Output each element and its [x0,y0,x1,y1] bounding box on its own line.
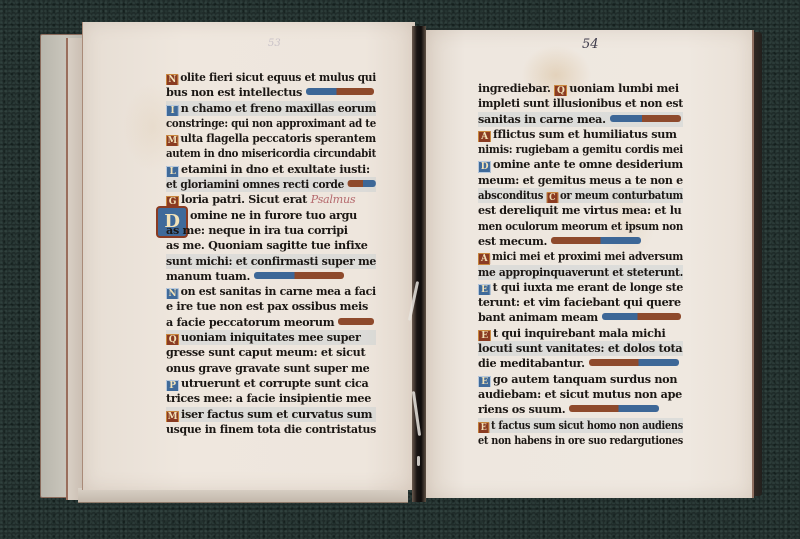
text-line: Domine ante te omne desiderium [478,157,683,172]
line-content: Nolite fieri sicut equus et mulus qui [166,70,376,85]
line-text: bant animam meam [478,310,598,324]
folio-number-right: 54 [582,37,599,52]
line-text: absconditus [478,188,543,202]
line-text: e ire tue non est pax ossibus meis [166,299,368,313]
line-content: Gloria patri. Sicut erat Psalmus [166,192,355,207]
line-content: sanitas in carne mea. [478,112,681,127]
decorated-initial: Q [166,334,179,345]
rubric-text: Psalmus [311,193,356,206]
decorated-initial: Q [554,85,567,96]
line-content: impleti sunt illusionibus et non est [478,96,683,111]
text-line: Non est sanitas in carne mea a faci [166,284,376,299]
line-text: t factus sum sicut homo non audiens [491,418,683,432]
text-line: Et qui iuxta me erant de longe ste [478,280,683,295]
line-content: sunt michi: et confirmasti super me [166,254,376,269]
left-text-block: Nolite fieri sicut equus et mulus quibus… [166,70,376,437]
decorated-initial: E [478,284,491,295]
decorated-initial: E [478,422,489,433]
line-text: omine ante te omne desiderium [493,157,683,171]
text-line: Et qui inquirebant mala michi [478,326,683,341]
line-filler-bar [338,318,374,325]
decorated-initial: E [478,330,491,341]
text-line: Quoniam iniquitates mee super [166,330,376,345]
line-text: meum: et gemitus meus a te non e [478,173,683,187]
text-line: manum tuam. [166,269,376,284]
line-content: bus non est intellectus [166,85,374,100]
line-text: terunt: et vim faciebant qui quere [478,295,681,309]
text-line: Miser factus sum et curvatus sum [166,407,376,422]
line-text: uoniam iniquitates mee super [181,330,361,344]
line-text: gresse sunt caput meum: et sicut [166,345,365,359]
text-line: usque in finem tota die contristatus [166,422,376,437]
text-line: gresse sunt caput meum: et sicut [166,345,376,360]
line-content: Et qui iuxta me erant de longe ste [478,280,683,295]
line-content: manum tuam. [166,269,344,284]
line-text: utruerunt et corrupte sunt cica [181,376,369,390]
line-content: Et qui inquirebant mala michi [478,326,665,341]
bottom-leaf-edges [78,488,408,503]
line-filler-bar [348,180,376,187]
text-line: men oculorum meorum et ipsum non [478,219,683,234]
line-text: est dereliquit me virtus mea: et lu [478,203,681,217]
line-text: iser factus sum et curvatus sum [181,407,372,421]
line-text: audiebam: et sicut mutus non ape [478,387,682,401]
decorated-initial: G [166,196,179,207]
decorated-initial: E [478,376,491,387]
text-line: Multa flagella peccatoris sperantem [166,131,376,146]
text-line: terunt: et vim faciebant qui quere [478,295,683,310]
decorated-initial: A [478,253,490,264]
line-content: Miser factus sum et curvatus sum [166,407,372,422]
text-line: impleti sunt illusionibus et non est [478,96,683,111]
text-line: Afflictus sum et humiliatus sum [478,127,683,142]
line-text: olite fieri sicut equus et mulus qui [180,70,376,84]
line-content: onus grave gravate sunt super me [166,361,369,376]
decorated-initial: P [166,380,179,391]
line-content: et non habens in ore suo redargutiones [478,433,683,448]
line-content: Ego autem tanquam surdus non [478,372,677,387]
decorated-initial: I [166,105,179,116]
line-text: onus grave gravate sunt super me [166,361,369,375]
line-content: autem in dno misericordia circundabit [166,146,376,161]
text-line: Letamini in dno et exultate iusti: [166,162,376,177]
line-text: uoniam lumbi mei [569,81,679,95]
line-text: or meum conturbatum [560,188,683,202]
text-line: Ego autem tanquam surdus non [478,372,683,387]
decorated-initial: N [166,74,178,85]
text-line: Nolite fieri sicut equus et mulus qui [166,70,376,85]
line-filler-bar [589,359,679,366]
line-content: In chamo et freno maxillas eorum [166,101,376,116]
text-line: Putruerunt et corrupte sunt cica [166,376,376,391]
line-content: absconditus Cor meum conturbatum [478,188,683,203]
line-text: impleti sunt illusionibus et non est [478,96,683,110]
line-text: a facie peccatorum meorum [166,315,334,329]
text-line: bant animam meam [478,310,683,325]
decorated-initial: C [546,192,558,203]
text-line: a facie peccatorum meorum [166,315,376,330]
line-text: loria patri. Sicut erat [181,192,307,206]
line-text: et gloriamini omnes recti corde [166,177,344,191]
line-content: terunt: et vim faciebant qui quere [478,295,681,310]
line-content: Non est sanitas in carne mea a faci [166,284,376,299]
text-line: et gloriamini omnes recti corde [166,177,376,192]
text-line: as me: neque in ira tua corripi [166,223,376,238]
manuscript-photo: 53 54 Nolite fieri sicut equus et mulus … [0,0,800,539]
line-text: ulta flagella peccatoris sperantem [180,131,376,145]
text-line: est mecum. [478,234,683,249]
decorated-initial: M [166,135,178,146]
line-content: bant animam meam [478,310,681,325]
line-filler-bar [254,272,344,279]
decorated-initial: N [166,288,179,299]
line-text: t qui inquirebant mala michi [493,326,665,340]
decorated-initial: M [166,411,179,422]
line-text: men oculorum meorum et ipsum non [478,219,683,233]
folio-number-left: 53 [268,38,281,49]
line-content: a facie peccatorum meorum [166,315,374,330]
line-text: go autem tanquam surdus non [493,372,677,386]
line-text: as me: neque in ira tua corripi [166,223,348,237]
decorated-initial: D [478,161,491,172]
line-text: trices mee: a facie insipientie mee [166,391,371,405]
line-text: est mecum. [478,234,547,248]
line-content: men oculorum meorum et ipsum non [478,219,683,234]
line-filler-bar [610,115,681,122]
text-line: trices mee: a facie insipientie mee [166,391,376,406]
text-line: as me. Quoniam sagitte tue infixe [166,238,376,253]
line-filler-bar [551,237,641,244]
line-content: gresse sunt caput meum: et sicut [166,345,365,360]
line-text: manum tuam. [166,269,250,283]
line-content: Domine ne in furore tuo argu [190,208,357,223]
line-content: nimis: rugiebam a gemitu cordis mei [478,142,683,157]
text-line: e ire tue non est pax ossibus meis [166,299,376,314]
line-text: die meditabantur. [478,356,585,370]
text-line: Gloria patri. Sicut erat Psalmus [166,192,376,207]
text-line: constringe: qui non approximant ad te [166,116,376,131]
line-content: as me. Quoniam sagitte tue infixe [166,238,368,253]
right-text-block: ingrediebar. Quoniam lumbi meiimpleti su… [478,81,683,448]
line-text: fflictus sum et humiliatus sum [493,127,677,141]
line-text: bus non est intellectus [166,85,302,99]
line-text: etamini in dno et exultate iusti: [181,162,370,176]
line-content: usque in finem tota die contristatus [166,422,376,437]
binding-thread [417,456,420,466]
line-content: Domine ante te omne desiderium [478,157,683,172]
line-text: sunt michi: et confirmasti super me [166,254,376,268]
text-line: riens os suum. [478,402,683,417]
line-content: ingrediebar. Quoniam lumbi mei [478,81,679,96]
line-text: omine ne in furore tuo argu [190,208,357,222]
line-content: Multa flagella peccatoris sperantem [166,131,376,146]
line-content: die meditabantur. [478,356,679,371]
line-content: Putruerunt et corrupte sunt cica [166,376,369,391]
text-line: die meditabantur. [478,356,683,371]
line-text: usque in finem tota die contristatus [166,422,376,436]
line-text: constringe: qui non approximant ad te [166,116,376,130]
line-content: meum: et gemitus meus a te non e [478,173,683,188]
text-line: meum: et gemitus meus a te non e [478,173,683,188]
line-content: locuti sunt vanitates: et dolos tota [478,341,682,356]
spine-gutter [412,26,426,502]
text-line: est dereliquit me virtus mea: et lu [478,203,683,218]
line-text: on est sanitas in carne mea a faci [181,284,376,298]
line-content: Amici mei et proximi mei adversum [478,249,683,264]
line-content: me appropinquaverunt et steterunt. [478,265,683,280]
text-line: sunt michi: et confirmasti super me [166,254,376,269]
line-content: constringe: qui non approximant ad te [166,116,376,131]
text-line: In chamo et freno maxillas eorum [166,101,376,116]
line-text: n chamo et freno maxillas eorum [181,101,376,115]
line-text: as me. Quoniam sagitte tue infixe [166,238,368,252]
text-line: absconditus Cor meum conturbatum [478,188,683,203]
line-content: e ire tue non est pax ossibus meis [166,299,368,314]
text-line: bus non est intellectus [166,85,376,100]
line-text: et non habens in ore suo redargutiones [478,433,683,447]
text-line: locuti sunt vanitates: et dolos tota [478,341,683,356]
decorated-initial: A [478,131,491,142]
text-line: ingrediebar. Quoniam lumbi mei [478,81,683,96]
text-line: onus grave gravate sunt super me [166,361,376,376]
line-content: et gloriamini omnes recti corde [166,177,376,192]
line-content: est mecum. [478,234,641,249]
text-line: Amici mei et proximi mei adversum [478,249,683,264]
line-content: trices mee: a facie insipientie mee [166,391,371,406]
line-content: Et factus sum sicut homo non audiens [478,418,683,433]
line-content: Afflictus sum et humiliatus sum [478,127,677,142]
text-line: Et factus sum sicut homo non audiens [478,418,683,433]
binding-thread [412,391,421,436]
text-line: nimis: rugiebam a gemitu cordis mei [478,142,683,157]
line-text: ingrediebar. [478,81,551,95]
line-filler-bar [602,313,681,320]
line-content: riens os suum. [478,402,659,417]
line-content: audiebam: et sicut mutus non ape [478,387,682,402]
line-text: mici mei et proximi mei adversum [492,249,683,263]
line-text: sanitas in carne mea. [478,112,606,126]
text-line: me appropinquaverunt et steterunt. [478,265,683,280]
line-text: riens os suum. [478,402,565,416]
line-text: nimis: rugiebam a gemitu cordis mei [478,142,683,156]
text-line: et non habens in ore suo redargutiones [478,433,683,448]
text-line: sanitas in carne mea. [478,112,683,127]
line-text: t qui iuxta me erant de longe ste [493,280,683,294]
decorated-initial: L [166,166,179,177]
line-content: as me: neque in ira tua corripi [166,223,348,238]
line-content: Quoniam iniquitates mee super [166,330,361,345]
text-line: audiebam: et sicut mutus non ape [478,387,683,402]
line-text: me appropinquaverunt et steterunt. [478,265,683,279]
text-line: autem in dno misericordia circundabit [166,146,376,161]
line-filler-bar [306,88,374,95]
line-content: est dereliquit me virtus mea: et lu [478,203,681,218]
line-filler-bar [569,405,659,412]
line-text: locuti sunt vanitates: et dolos tota [478,341,682,355]
line-content: Letamini in dno et exultate iusti: [166,162,370,177]
text-line: Domine ne in furore tuo argu [166,208,376,223]
line-text: autem in dno misericordia circundabit [166,146,376,160]
